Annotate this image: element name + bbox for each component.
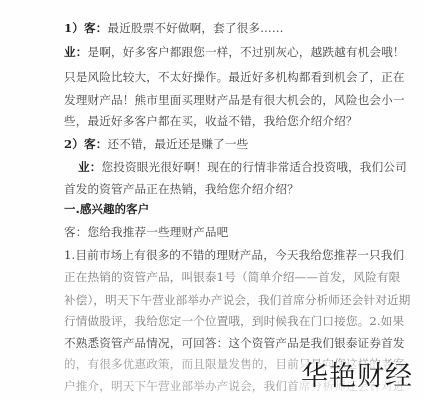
line-text: 客：您给我推荐一些理财产品吧 [64,225,228,239]
line-text: 行情做股评，我给您定一个位置哦，到时候我在门口接您。2.如果 [64,314,404,328]
paragraph-line-4: 发理财产品！熊市里面买理财产品是有很大机会的，风险也会小一 [64,93,354,107]
line-text: 发理财产品！熊市里面买理财产品是有很大机会的，风险也会小一 [64,93,405,107]
line-text: 1.目前市场上有很多的不错的理财产品，今天我给您推荐一只我们 [64,248,404,262]
line-text: 些，最近好多客户都在买，收益不错，我给您介绍介绍？ [64,114,358,128]
line-text: 是啊，好多客户都跟您一样，不过别灰心，越跌越有机会哦！ [88,45,405,59]
dialogue-line-2: 业：是啊，好多客户都跟您一样，不过别灰心，越跌越有机会哦！ [64,45,354,59]
line-text: 首发的资管产品正在热销，我给您介绍介绍？ [64,182,299,196]
line-text: 补偿），明天下午营业部举办产说会，我们首席分析师还会针对近期 [64,293,411,307]
dialogue-line-7: 业：您投资眼光很好啊！现在的行情非常适合投资哦，我们公司 [78,160,368,174]
speaker-label: 业： [64,45,88,59]
paragraph-line-11: 1.目前市场上有很多的不错的理财产品，今天我给您推荐一只我们 [64,248,354,262]
watermark-logo: 华艳财经 [299,362,415,392]
paragraph-line-14: 行情做股评，我给您定一个位置哦，到时候我在门口接您。2.如果 [64,314,354,328]
paragraph-line-12: 正在热销的资管产品，叫银泰1号（简单介绍——首发，风险有限 [64,270,354,284]
speaker-label: 1）客： [64,21,107,35]
paragraph-line-10: 客：您给我推荐一些理财产品吧 [64,225,354,239]
line-text: 不熟悉资管产品情况，可回答：这个资管产品是我们银泰证券首发 [64,336,405,350]
paragraph-line-13: 补偿），明天下午营业部举办产说会，我们首席分析师还会针对近期 [64,293,354,307]
line-text: 最近股票不好做啊，套了很多…… [107,21,283,35]
paragraph-line-5: 些，最近好多客户都在买，收益不错，我给您介绍介绍？ [64,114,354,128]
line-text: 您投资眼光很好啊！现在的行情非常适合投资哦，我们公司 [102,160,407,174]
dialogue-line-1: 1）客：最近股票不好做啊，套了很多…… [64,21,354,35]
heading-text: 一.感兴趣的客户 [64,202,149,216]
speaker-label: 2）客： [64,137,107,151]
section-heading: 一.感兴趣的客户 [64,202,354,216]
dialogue-line-6: 2）客：还不错，最近还是赚了一些 [64,137,354,151]
paragraph-line-15: 不熟悉资管产品情况，可回答：这个资管产品是我们银泰证券首发 [64,336,354,350]
document-page: 1）客：最近股票不好做啊，套了很多…… 业：是啊，好多客户都跟您一样，不过别灰心… [0,0,423,400]
line-text: 只是风险比较大，不太好操作。最近好多机构都看到机会了，正在 [64,70,405,84]
speaker-label: 业： [78,160,102,174]
line-text: 正在热销的资管产品，叫银泰1号（简单介绍——首发，风险有限 [64,270,400,284]
line-text: 还不错，最近还是赚了一些 [107,137,248,151]
paragraph-line-3: 只是风险比较大，不太好操作。最近好多机构都看到机会了，正在 [64,70,354,84]
paragraph-line-8: 首发的资管产品正在热销，我给您介绍介绍？ [64,182,354,196]
